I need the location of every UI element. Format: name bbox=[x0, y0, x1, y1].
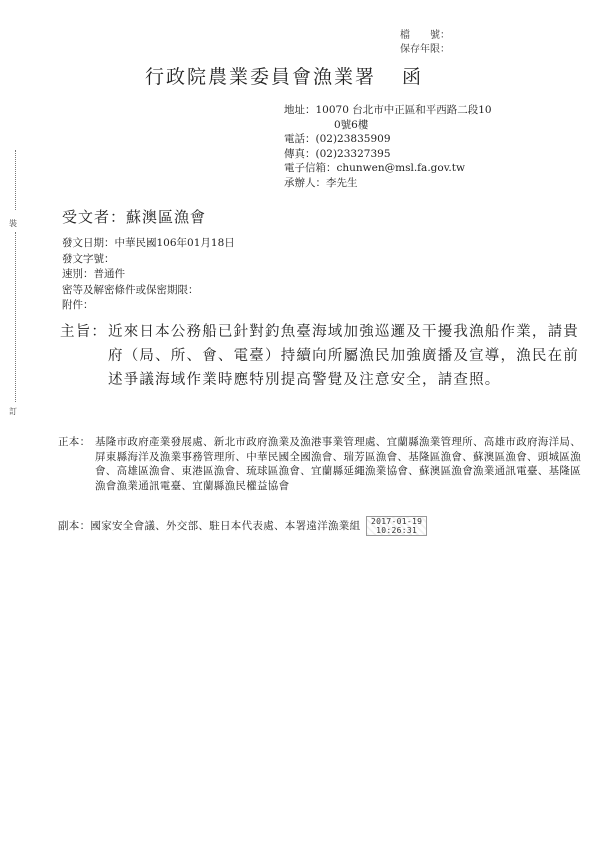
secrecy-row: 密等及解密條件或保密期限： bbox=[62, 283, 235, 299]
cc-text: 國家安全會議、外交部、駐日本代表處、本署遠洋漁業組 bbox=[90, 520, 360, 532]
secrecy-label: 密等及解密條件或保密期限： bbox=[62, 284, 199, 296]
subject-section: 主旨： 近來日本公務船已針對釣魚臺海域加強巡邏及干擾我漁船作業，請貴府（局、所、… bbox=[60, 320, 580, 392]
fax-row: 傳真：(02)23327395 bbox=[284, 147, 492, 162]
handler-label: 承辦人： bbox=[284, 177, 326, 189]
issue-date-row: 發文日期：中華民國106年01月18日 bbox=[62, 236, 235, 252]
subject-label: 主旨： bbox=[60, 320, 107, 344]
recipient-label: 受文者： bbox=[62, 208, 126, 226]
phone-row: 電話：(02)23835909 bbox=[284, 132, 492, 147]
address-label: 地址： bbox=[284, 104, 316, 116]
recipient-name: 蘇澳區漁會 bbox=[126, 208, 206, 226]
issue-date-label: 發文日期： bbox=[62, 237, 115, 249]
phone-value: (02)23835909 bbox=[316, 133, 391, 145]
address-row-2: 0號6樓 bbox=[284, 118, 492, 133]
agency-name: 行政院農業委員會漁業署 bbox=[145, 66, 376, 88]
binding-mark-bottom: 訂 bbox=[9, 406, 17, 417]
handler-row: 承辦人：李先生 bbox=[284, 176, 492, 191]
retention-period-field: 保存年限： bbox=[400, 40, 450, 55]
phone-label: 電話： bbox=[284, 133, 316, 145]
email-label: 電子信箱： bbox=[284, 162, 337, 174]
stamp-date: 2017-01-19 bbox=[371, 517, 422, 526]
binding-mark-top: 裝 bbox=[9, 218, 17, 229]
primary-recipients-section: 正本： 基隆市政府產業發展處、新北市政府漁業及漁港事業管理處、宜蘭縣漁業管理所、… bbox=[58, 435, 588, 493]
reference-number-row: 發文字號： bbox=[62, 252, 235, 268]
contact-block: 地址：10070 台北市中正區和平西路二段10 0號6樓 電話：(02)2383… bbox=[284, 103, 492, 190]
subject-text: 近來日本公務船已針對釣魚臺海域加強巡邏及干擾我漁船作業，請貴府（局、所、會、電臺… bbox=[108, 320, 580, 392]
issue-date-value: 中華民國106年01月18日 bbox=[115, 237, 235, 249]
cc-label: 副本： bbox=[58, 520, 90, 532]
primary-recipients-text: 基隆市政府產業發展處、新北市政府漁業及漁港事業管理處、宜蘭縣漁業管理所、高雄市政… bbox=[95, 435, 588, 493]
delivery-speed-value: 普通件 bbox=[94, 268, 126, 280]
address-row: 地址：10070 台北市中正區和平西路二段10 bbox=[284, 103, 492, 118]
cc-section: 副本：國家安全會議、外交部、駐日本代表處、本署遠洋漁業組 2017-01-19 … bbox=[58, 516, 427, 536]
binding-line-top bbox=[15, 150, 16, 210]
address-value-2: 0號6樓 bbox=[334, 119, 368, 131]
retention-period-label: 保存年限： bbox=[400, 44, 450, 55]
email-value: chunwen@msl.fa.gov.tw bbox=[337, 162, 465, 174]
primary-recipients-label: 正本： bbox=[58, 435, 90, 450]
timestamp-stamp: 2017-01-19 10:26:31 bbox=[366, 516, 427, 536]
stamp-time: 10:26:31 bbox=[376, 526, 417, 535]
file-number-field: 檔 號： bbox=[400, 26, 450, 41]
attachment-label: 附件： bbox=[62, 299, 94, 311]
delivery-speed-label: 速別： bbox=[62, 268, 94, 280]
document-title: 行政院農業委員會漁業署函 bbox=[145, 62, 423, 89]
attachment-row: 附件： bbox=[62, 298, 235, 314]
fax-label: 傳真： bbox=[284, 148, 316, 160]
document-fields: 發文日期：中華民國106年01月18日 發文字號： 速別：普通件 密等及解密條件… bbox=[62, 236, 235, 314]
reference-number-label: 發文字號： bbox=[62, 253, 115, 265]
email-row: 電子信箱：chunwen@msl.fa.gov.tw bbox=[284, 161, 492, 176]
document-type: 函 bbox=[402, 66, 423, 88]
handler-value: 李先生 bbox=[326, 177, 358, 189]
address-value: 10070 台北市中正區和平西路二段10 bbox=[316, 104, 492, 116]
fax-value: (02)23327395 bbox=[316, 148, 391, 160]
delivery-speed-row: 速別：普通件 bbox=[62, 267, 235, 283]
recipient: 受文者：蘇澳區漁會 bbox=[62, 206, 206, 227]
binding-line-middle bbox=[15, 232, 16, 402]
